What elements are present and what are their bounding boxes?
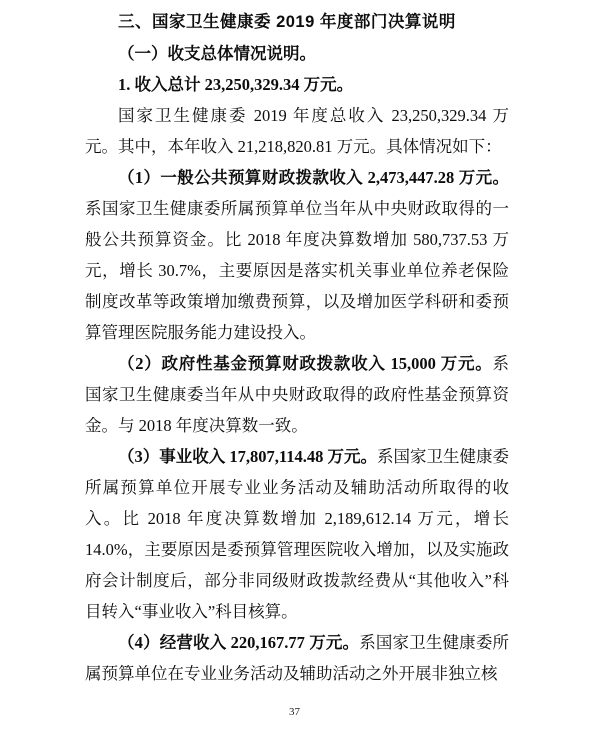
item-1-heading: 1. 收入总计 23,250,329.34 万元。	[85, 69, 509, 100]
subitem-paragraph-3: （3）事业收入 17,807,114.48 万元。系国家卫生健康委所属预算单位开…	[85, 441, 509, 627]
document-body: 三、国家卫生健康委 2019 年度部门决算说明 （一）收支总体情况说明。 1. …	[85, 7, 509, 689]
subitem-paragraph-2: （2）政府性基金预算财政拨款收入 15,000 万元。系国家卫生健康委当年从中央…	[85, 348, 509, 441]
intro-paragraph: 国家卫生健康委 2019 年度总收入 23,250,329.34 万元。其中，本…	[85, 100, 509, 162]
subitem-2-lead: （2）政府性基金预算财政拨款收入 15,000 万元。	[118, 354, 493, 373]
subitem-paragraph-1: （1）一般公共预算财政拨款收入 2,473,447.28 万元。系国家卫生健康委…	[85, 162, 509, 348]
subitem-paragraph-4: （4）经营收入 220,167.77 万元。系国家卫生健康委所属预算单位在专业业…	[85, 627, 509, 689]
subitem-1-body: 系国家卫生健康委所属预算单位当年从中央财政取得的一般公共预算资金。比 2018 …	[85, 199, 509, 342]
subitem-4-lead: （4）经营收入 220,167.77 万元。	[118, 633, 359, 652]
subitem-3-body: 系国家卫生健康委所属预算单位开展专业业务活动及辅助活动所取得的收入。比 2018…	[85, 447, 509, 621]
subsection-heading: （一）收支总体情况说明。	[85, 38, 509, 69]
section-heading: 三、国家卫生健康委 2019 年度部门决算说明	[85, 7, 509, 38]
page-number: 37	[0, 706, 589, 718]
subitem-3-lead: （3）事业收入 17,807,114.48 万元。	[118, 447, 377, 466]
document-page: 三、国家卫生健康委 2019 年度部门决算说明 （一）收支总体情况说明。 1. …	[0, 0, 589, 751]
subitem-1-lead: （1）一般公共预算财政拨款收入 2,473,447.28 万元。	[118, 168, 509, 187]
